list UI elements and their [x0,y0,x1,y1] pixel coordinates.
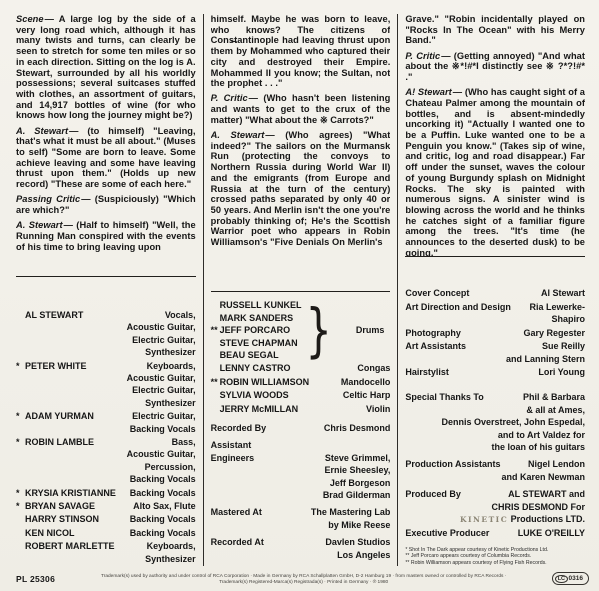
speaker-name: P. Critic [405,51,441,61]
group-brace: } [305,323,331,339]
speaker-name: A! Stewart [405,87,452,97]
narrative-paragraph: Scene— A large log by the side of a very… [16,14,196,121]
column-1: Scene— A large log by the side of a very… [16,14,196,566]
credit-row: ROBERT MARLETTEKeyboards, Synthesizer [16,540,196,565]
player-name: **ROBIN WILLIAMSON [211,376,310,388]
credit-label: Art Assistants [405,340,466,352]
credit-row: Production AssistantsNigel Lendon and Ka… [405,458,585,483]
thanks-credit-rows: Special Thanks ToPhil & Barbara & all at… [405,391,585,483]
musician-name: *ADAM YURMAN [16,410,94,422]
credit-row: *KRYSIA KRISTIANNEBacking Vocals [16,487,196,499]
musician-name: *KRYSIA KRISTIANNE [16,487,116,499]
producer-line-3: Productions LTD. [508,514,585,524]
paragraph-text: — (Who agrees) "What indeed?" The sailor… [211,130,391,247]
credit-label: Cover Concept [405,287,469,299]
player-name: JERRY McMILLAN [211,403,299,415]
paragraph-text: — (Who has caught sight of a Chateau Pal… [405,87,585,257]
drummer-name: STEVE CHAPMAN [220,338,298,348]
produced-by-label: Produced By [405,488,461,500]
narrative-paragraph: A. Stewart— (to himself) "Leaving, that'… [16,126,196,190]
credit-label: Hairstylist [405,366,449,378]
credit-row: *BRYAN SAVAGEAlto Sax, Flute [16,500,196,512]
credit-row: HARRY STINSONBacking Vocals [16,513,196,525]
art-credit-rows: Cover ConceptAl StewartArt Direction and… [405,287,585,378]
narrative-column-1: Scene— A large log by the side of a very… [16,14,196,277]
musician-name: *BRYAN SAVAGE [16,500,95,512]
speaker-name: A. Stewart [16,126,69,136]
credit-row: *PETER WHITEKeyboards, Acoustic Guitar, … [16,360,196,410]
narrative-paragraph: P. Critic— (Getting annoyed) "And what a… [405,51,585,83]
narrative-column-2: himself. Maybe he was born to leave, who… [211,14,391,292]
musician-name: PETER WHITE [25,361,87,371]
credit-row: LENNY CASTROCongas [211,362,391,374]
drummer-name: BEAU SEGAL [220,350,279,360]
credit-label: Production Assistants [405,458,500,470]
spacer [405,379,585,391]
staff-label: Recorded By [211,422,267,434]
musician-name: ROBERT MARLETTE [25,541,115,551]
musician-name: ROBERT MARLETTE [16,540,115,552]
credit-row: Art Direction and DesignRia Lewerke-Shap… [405,301,585,326]
drums-label: Drums [356,324,391,336]
narrative-paragraph: P. Critic— (Who hasn't been listening an… [211,93,391,125]
musician-name: HARRY STINSON [25,514,99,524]
lc-label: LC [555,575,567,583]
speaker-name: A. Stewart [16,220,64,230]
credit-row: AL STEWARTVocals, Acoustic Guitar, Elect… [16,309,196,359]
player-name: SYLVIA WOODS [211,389,289,401]
footnote-line: ** Robin Williamson appears courtesy of … [405,560,585,566]
credit-row: *ADAM YURMANElectric Guitar, Backing Voc… [16,410,196,435]
drummer-names: RUSSELL KUNKELMARK SANDERS**JEFF PORCARO… [211,299,302,361]
lc-code-badge: LC0316 [552,572,589,585]
musician-name: BRYAN SAVAGE [25,501,95,511]
paragraph-text: Grave." "Robin incidentally played on "R… [405,14,585,45]
instrument-rows: LENNY CASTROCongas**ROBIN WILLIAMSONMand… [211,362,391,415]
footnote-star: ** [211,324,220,336]
executive-producer-row: Executive Producer LUKE O'REILLY [405,527,585,539]
fine-print: Trademark(s) used by authority and under… [65,574,542,586]
footnote-star: * [16,500,25,512]
credit-row: **ROBIN WILLIAMSONMandocello [211,376,391,388]
narrative-paragraph: Passing Critic— (Suspiciously) "Which ar… [16,194,196,215]
musician-name: ROBIN LAMBLE [25,437,94,447]
player-name: LENNY CASTRO [220,363,291,373]
musician-name: KRYSIA KRISTIANNE [25,488,116,498]
vertical-divider-2 [397,14,398,566]
narrative-paragraph: A. Stewart— (Half to himself) "Well, the… [16,220,196,252]
producer-line-2: CHRIS DESMOND For [492,502,586,512]
studio-staff-rows: Recorded ByChris DesmondAssistant Engine… [211,422,391,561]
drummer-name-line: MARK SANDERS [211,312,302,324]
staff-row: Recorded ByChris Desmond [211,422,391,434]
credits-production: Cover ConceptAl StewartArt Direction and… [405,287,585,566]
credit-row: Art AssistantsSue Reilly and Lanning Ste… [405,340,585,365]
drummer-name: MARK SANDERS [220,313,294,323]
credit-row: *ROBIN LAMBLEBass, Acoustic Guitar, Perc… [16,436,196,486]
credit-row: PhotographyGary Regester [405,327,585,339]
speaker-name: Scene [16,14,45,24]
credit-row: SYLVIA WOODSCeltic Harp [211,389,391,401]
musician-name: KEN NICOL [16,527,75,539]
footnote-star: * [16,410,25,422]
musician-name: *ROBIN LAMBLE [16,436,94,448]
lc-number: 0316 [569,575,583,582]
credit-row: Special Thanks ToPhil & Barbara & all at… [405,391,585,453]
staff-label: Assistant Engineers [211,439,255,464]
credit-label: Special Thanks To [405,391,483,403]
footnote-star: * [16,487,25,499]
vertical-divider-1 [203,14,204,566]
column-3: Grave." "Robin incidentally played on "R… [405,14,585,566]
drummer-name-line: STEVE CHAPMAN [211,337,302,349]
staff-row: Assistant Engineers Steve Grimmel, Ernie… [211,439,391,501]
player-name: SYLVIA WOODS [220,390,289,400]
narrative-paragraph: A. Stewart— (Who agrees) "What indeed?" … [211,130,391,248]
speaker-name: Passing Critic [16,194,81,204]
credit-row: Cover ConceptAl Stewart [405,287,585,299]
column-2: himself. Maybe he was born to leave, who… [211,14,391,566]
footnote-star: * [16,436,25,448]
staff-label: Mastered At [211,506,262,518]
fine-print-line-2: Trademark(s) Registered-Marca(s) Registr… [65,580,542,586]
credit-label: Art Direction and Design [405,301,511,313]
musician-name: *PETER WHITE [16,360,87,372]
catalog-number: PL 25306 [16,574,55,584]
drummer-name: RUSSELL KUNKEL [220,300,302,310]
staff-label: Recorded At [211,536,264,548]
footer: PL 25306 Trademark(s) used by authority … [16,572,589,586]
speaker-name: A. Stewart [211,130,266,140]
columns-container: Scene— A large log by the side of a very… [16,14,585,566]
staff-row: Mastered AtThe Mastering Lab by Mike Ree… [211,506,391,531]
credits-musicians: AL STEWARTVocals, Acoustic Guitar, Elect… [16,309,196,566]
drummer-name-line: **JEFF PORCARO [211,324,302,336]
musician-name: ADAM YURMAN [25,411,94,421]
player-name: ROBIN WILLIAMSON [220,377,310,387]
kinetic-logo: Kinetic [460,515,508,524]
album-back-cover: Scene— A large log by the side of a very… [0,0,599,591]
narrative-column-3: Grave." "Robin incidentally played on "R… [405,14,585,257]
musician-name: KEN NICOL [25,528,75,538]
staff-row: Recorded AtDavlen Studios Los Angeles [211,536,391,561]
credit-row: JERRY McMILLANViolin [211,403,391,415]
narrative-paragraph: himself. Maybe he was born to leave, who… [211,14,391,89]
drums-group: RUSSELL KUNKELMARK SANDERS**JEFF PORCARO… [211,299,391,361]
producer-line-1: AL STEWART and [508,489,585,499]
produced-by-row: Produced By AL STEWART andCHRIS DESMOND … [405,488,585,526]
paragraph-text: himself. Maybe he was born to leave, who… [211,14,391,88]
executive-producer-label: Executive Producer [405,527,489,539]
footnote-star: ** [211,376,220,388]
courtesy-footnotes: * Shot In The Dark appear courtesy of Ki… [405,547,585,566]
speaker-name: P. Critic [211,93,249,103]
credit-row: KEN NICOLBacking Vocals [16,527,196,539]
musician-name: HARRY STINSON [16,513,99,525]
narrative-paragraph: A! Stewart— (Who has caught sight of a C… [405,87,585,257]
footnote-star: * [16,360,25,372]
player-name: LENNY CASTRO [211,362,291,374]
musician-name: AL STEWART [25,310,83,320]
musician-name: AL STEWART [16,309,83,321]
drummer-name-line: BEAU SEGAL [211,349,302,361]
player-name: JERRY McMILLAN [220,404,299,414]
paragraph-text: — A large log by the side of a very long… [16,14,196,120]
narrative-paragraph: Grave." "Robin incidentally played on "R… [405,14,585,46]
drummer-name-line: RUSSELL KUNKEL [211,299,302,311]
credits-players-and-studio: RUSSELL KUNKELMARK SANDERS**JEFF PORCARO… [211,299,391,566]
credit-row: HairstylistLori Young [405,366,585,378]
credit-label: Photography [405,327,461,339]
drummer-name: JEFF PORCARO [220,325,291,335]
